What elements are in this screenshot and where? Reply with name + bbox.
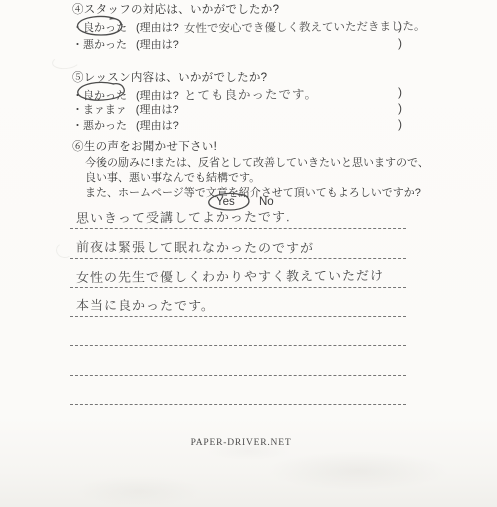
q4-option-good-label: ・良かった [72, 22, 127, 34]
q5-option-bad-reason-prefix: (理由は? [136, 120, 179, 132]
question-6-title: ⑥生の声をお聞かせ下さい! [72, 138, 217, 154]
q5-option-bad: ・悪かった(理由は? ) [72, 117, 402, 133]
scanned-survey-page: ④スタッフの対応は、いかがでしたか? ・良かった(理由は?女性で安心でき優しく教… [0, 0, 497, 507]
answer-line-1: 思いきって受講してよかったです. [70, 202, 406, 229]
q6-body-line-1: 今後の励みに!または、反省として改善していきたいと思いますので、 [85, 154, 429, 170]
handwritten-comment-4: 本当に良かったです。 [76, 295, 215, 315]
question-4-title: ④スタッフの対応は、いかがでしたか? [72, 1, 279, 17]
footer-site-name: PAPER-DRIVER.NET [0, 438, 482, 448]
q5-option-bad-label: ・悪かった [72, 120, 127, 132]
q4-option-bad-label: ・悪かった [72, 39, 127, 51]
q4-option-bad-close-paren: ) [398, 36, 402, 50]
q5-option-good-close-paren: ) [398, 85, 402, 99]
q4-option-good: ・良かった(理由は?女性で安心でき優しく教えていただきました。 ) [72, 19, 402, 35]
answer-line-5 [70, 319, 406, 346]
handwritten-comment-3: 女性の先生で優しくわかりやすく教えていただけ [76, 265, 384, 286]
q4-option-good-reason-prefix: (理由は? [136, 22, 179, 34]
q5-option-soso-reason-prefix: (理由は? [136, 104, 179, 116]
q4-option-bad-reason-prefix: (理由は? [136, 39, 179, 51]
answer-line-7 [70, 378, 406, 405]
answer-line-3: 女性の先生で優しくわかりやすく教えていただけ [70, 261, 406, 288]
scan-artifact [51, 54, 80, 71]
answer-line-6 [70, 349, 406, 376]
handwritten-comment-1: 思いきって受講してよかったです. [76, 206, 291, 226]
q4-option-good-close-paren: ) [398, 19, 402, 33]
handwritten-comment-2: 前夜は緊張して眠れなかったのですが [76, 236, 314, 256]
q6-body-line-3: また、ホームページ等で文章を紹介させて頂いてもよろしいですか? [85, 184, 421, 200]
answer-line-4: 本当に良かったです。 [70, 290, 406, 317]
q5-option-bad-close-paren: ) [398, 117, 402, 131]
q4-option-bad: ・悪かった(理由は? ) [72, 36, 402, 52]
q6-body-line-2: 良い事、悪い事なんでも結構です。 [85, 169, 260, 185]
q4-option-good-handwritten-answer: 女性で安心でき優しく教えていただきました。 [184, 18, 426, 37]
answer-line-2: 前夜は緊張して眠れなかったのですが [70, 232, 406, 259]
question-5-title: ⑤レッスン内容は、いかがでしたか? [72, 69, 267, 85]
q5-option-soso-label: ・まァまァ [72, 104, 127, 116]
q5-option-soso-close-paren: ) [398, 101, 402, 115]
q5-option-soso: ・まァまァ(理由は? ) [72, 101, 402, 117]
